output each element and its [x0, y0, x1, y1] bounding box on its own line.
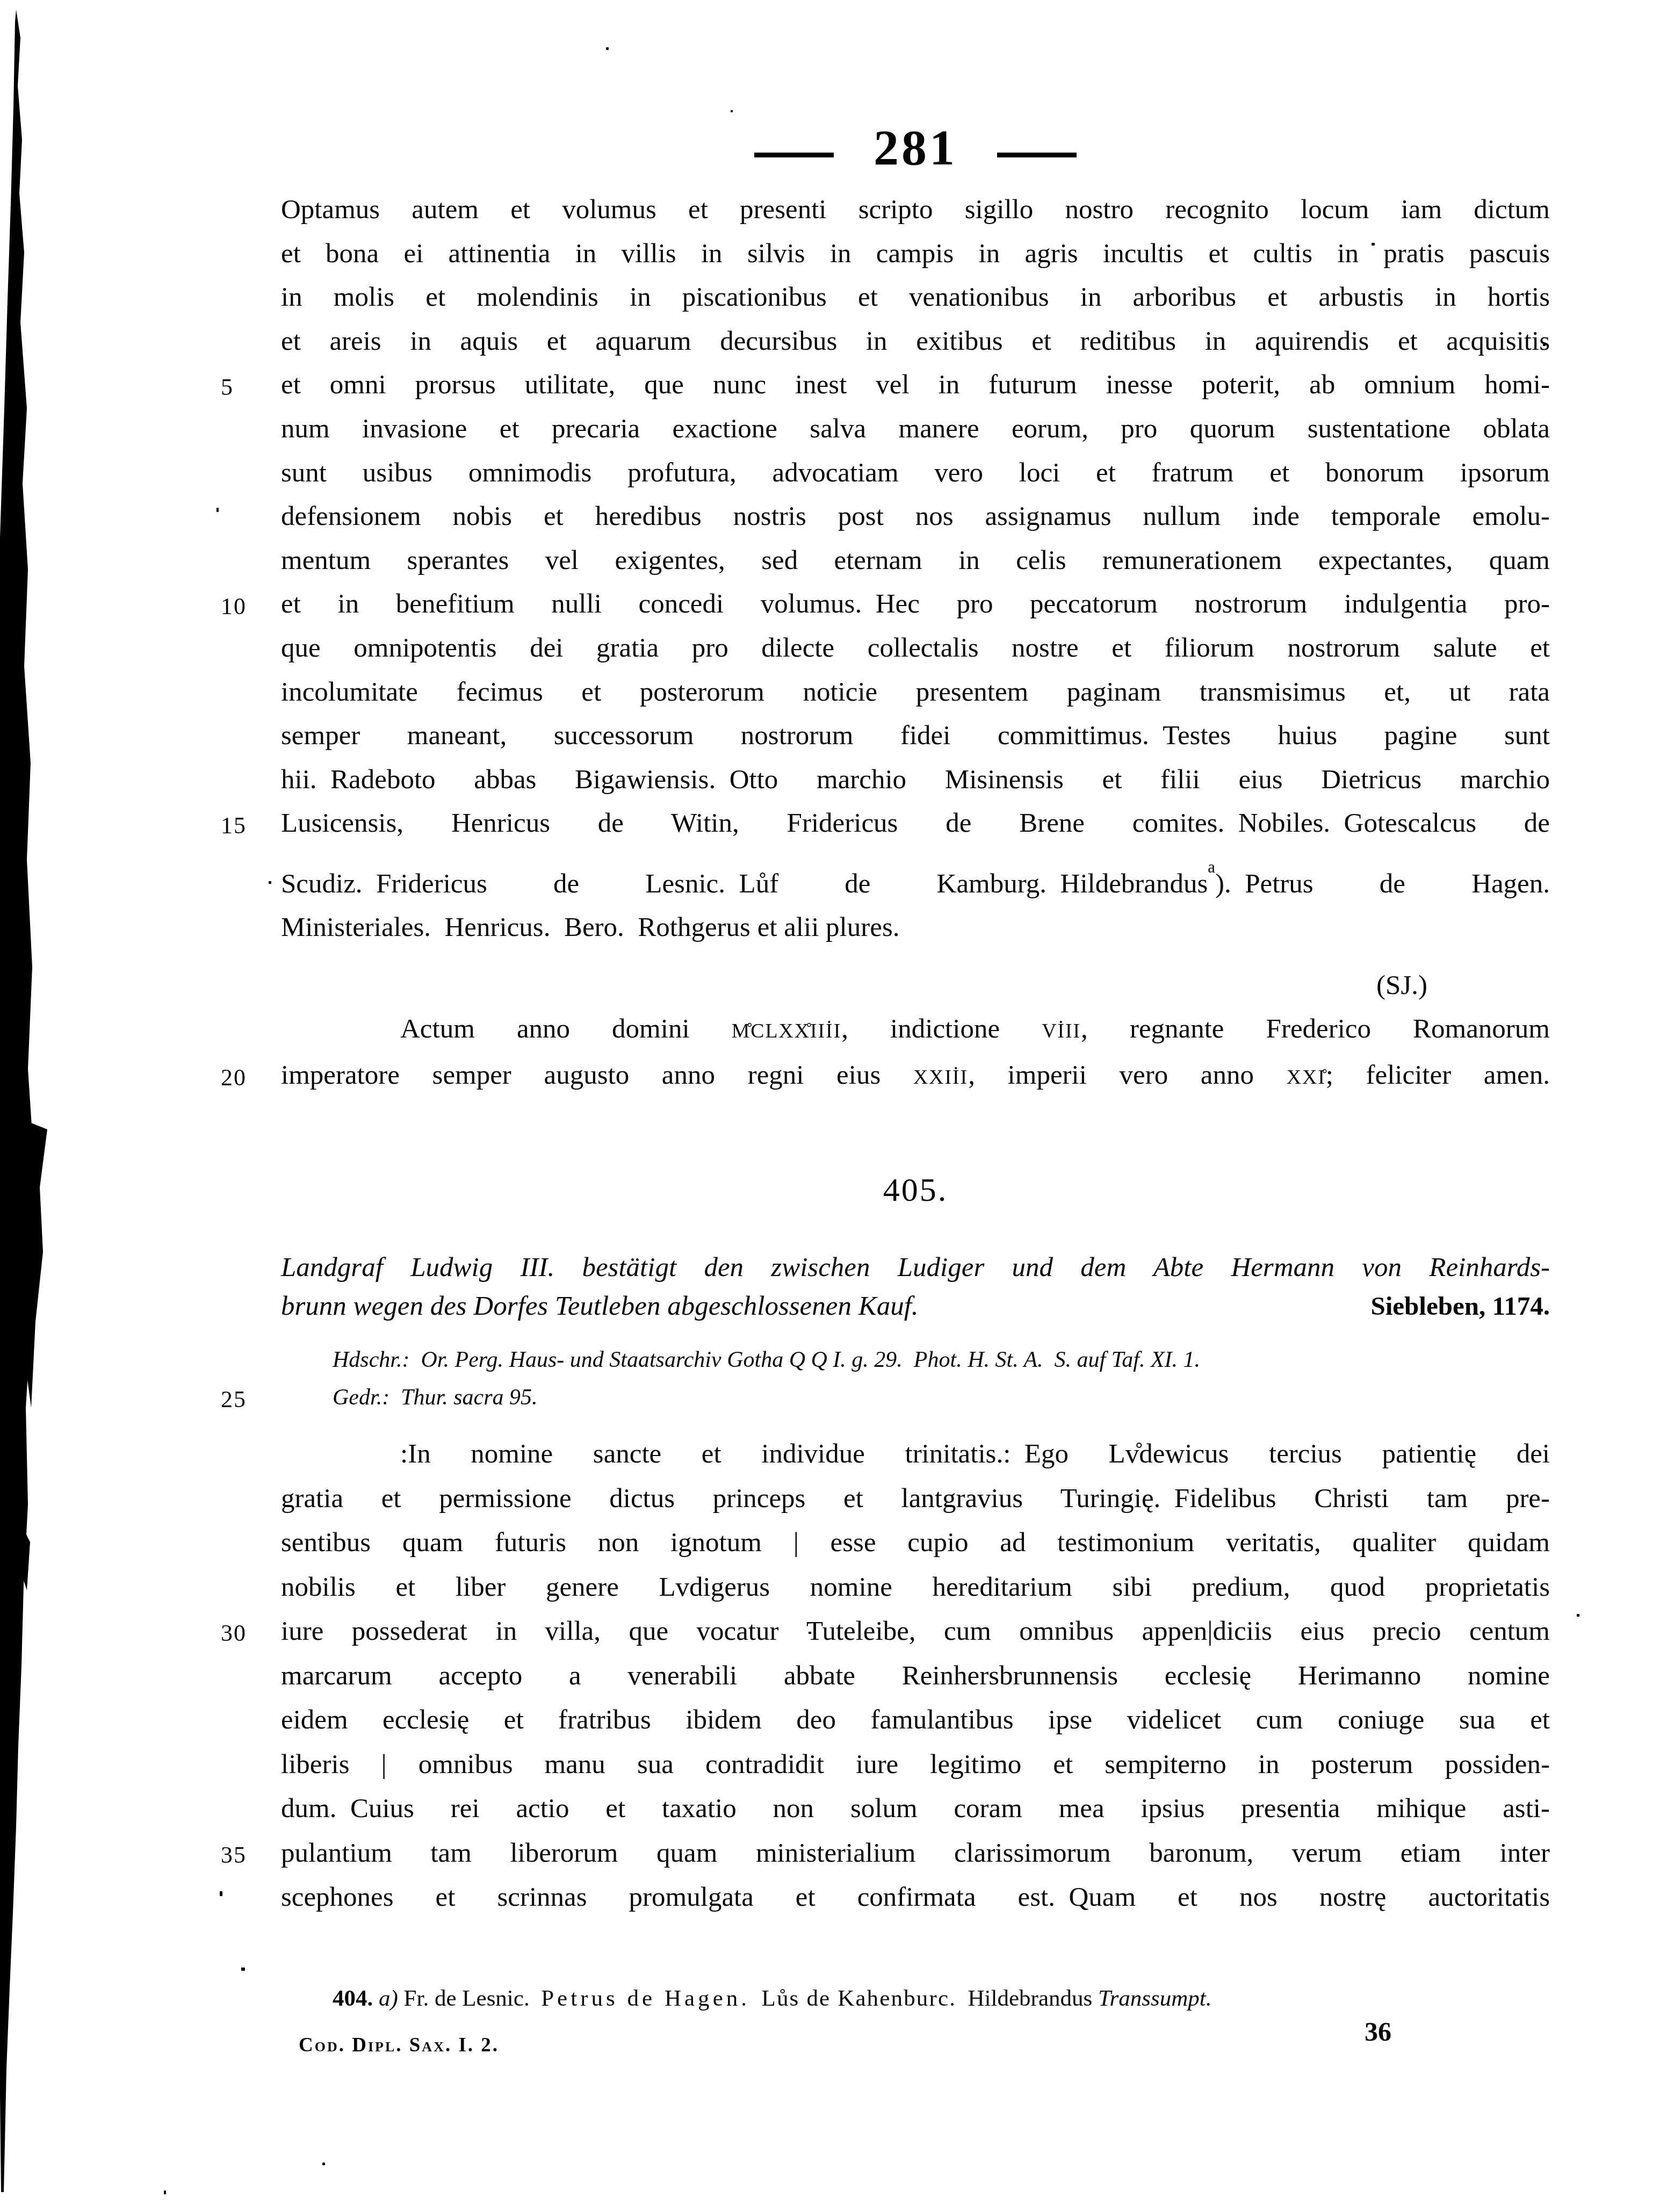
- text-line: nobilis et liber genere Lvdigerus nomine…: [281, 1565, 1550, 1610]
- line-text: iure possederat in villa, que vocatur Tu…: [281, 1616, 1550, 1646]
- line-text: et omni prorsus utilitate, que nunc ines…: [281, 370, 1550, 400]
- line-number: 30: [221, 1611, 272, 1656]
- line-number: 15: [221, 804, 272, 848]
- charter-404-text: Optamus autem et volumus et presenti scr…: [281, 188, 1550, 1100]
- text-line: 20 imperatore semper augusto anno regni …: [281, 1054, 1550, 1100]
- line-text: liberis | omnibus manu sua contradidit i…: [281, 1749, 1550, 1779]
- text-line: Actum anno domini M̊CLXX̊IIİI, indiction…: [281, 1007, 1550, 1054]
- ink-speck: [220, 1891, 222, 1896]
- text-line: semper maneant, successorum nostrorum fi…: [281, 714, 1550, 758]
- reference-text: Hdschr.: Or. Perg. Haus- und Staatsarchi…: [333, 1348, 1200, 1372]
- summary-line-1: Landgraf Ludwig III. bestätigt den zwisc…: [281, 1252, 1550, 1283]
- reference-line: Hdschr.: Or. Perg. Haus- und Staatsarchi…: [281, 1341, 1550, 1379]
- text-line: incolumitate fecimus et posterorum notic…: [281, 671, 1550, 715]
- ink-speck: [269, 881, 271, 884]
- apparatus-footnote: 404. a) Fr. de Lesnic. Petrus de Hagen. …: [281, 1983, 1550, 2015]
- text-line: Ministeriales. Henricus. Bero. Rothgerus…: [281, 906, 1550, 950]
- line-text: Optamus autem et volumus et presenti scr…: [281, 194, 1550, 225]
- line-text: que omnipotentis dei gratia pro dilecte …: [281, 633, 1550, 663]
- ink-speck: [1577, 1614, 1579, 1617]
- text-line: et areis in aquis et aquarum decursibus …: [281, 320, 1550, 364]
- line-number: 25: [221, 1381, 272, 1418]
- line-number: 5: [221, 365, 272, 409]
- footnote-line: 404. a) Fr. de Lesnic. Petrus de Hagen. …: [281, 1983, 1550, 2015]
- source-references: Hdschr.: Or. Perg. Haus- und Staatsarchi…: [281, 1341, 1550, 1416]
- text-line: sunt usibus omnimodis profutura, advocat…: [281, 451, 1550, 495]
- text-line: liberis | omnibus manu sua contradidit i…: [281, 1742, 1550, 1787]
- text-line: :In nomine sancte et individue trinitati…: [281, 1432, 1550, 1476]
- line-number: 35: [221, 1833, 272, 1878]
- line-text: gratia et permissione dictus princeps et…: [281, 1483, 1550, 1514]
- line-text: dum. Cuius rei actio et taxatio non solu…: [281, 1793, 1550, 1824]
- volume-signature: Cod. Dipl. Sax. I. 2.: [299, 2034, 499, 2057]
- sheet-number: 36: [1365, 2016, 1391, 2047]
- text-line: 35 pulantium tam liberorum quam minister…: [281, 1831, 1550, 1876]
- line-text: defensionem nobis et heredibus nostris p…: [281, 501, 1550, 531]
- summary-line-2-text: brunn wegen des Dorfes Teutleben abgesch…: [281, 1291, 919, 1322]
- line-text: Actum anno domini M̊CLXX̊IIİI, indiction…: [400, 1014, 1550, 1044]
- reference-text: Gedr.: Thur. sacra 95.: [333, 1385, 538, 1410]
- text-line: Optamus autem et volumus et presenti scr…: [281, 188, 1550, 232]
- line-text: Ministeriales. Henricus. Bero. Rothgerus…: [281, 912, 900, 942]
- line-text: (SJ.): [1376, 970, 1427, 1000]
- text-line: in molis et molendinis in piscationibus …: [281, 276, 1550, 320]
- line-text: imperatore semper augusto anno regni eiu…: [281, 1060, 1550, 1090]
- line-text: Scudiz. Fridericus de Lesnic. Lůf de Kam…: [281, 869, 1550, 899]
- summary-line-2: brunn wegen des Dorfes Teutleben abgesch…: [281, 1291, 1550, 1322]
- line-text: et areis in aquis et aquarum decursibus …: [281, 326, 1550, 356]
- line-text: sentibus quam futuris non ignotum | esse…: [281, 1527, 1550, 1558]
- ink-speck: [241, 1968, 245, 1971]
- line-text: et bona ei attinentia in villis in silvi…: [281, 239, 1550, 269]
- text-line: (SJ.): [281, 964, 1550, 1008]
- line-text: incolumitate fecimus et posterorum notic…: [281, 677, 1550, 707]
- line-text: sunt usibus omnimodis profutura, advocat…: [281, 458, 1550, 488]
- text-line: eidem ecclesię et fratribus ibidem deo f…: [281, 1698, 1550, 1742]
- line-text: :In nomine sancte et individue trinitati…: [400, 1439, 1550, 1469]
- place-date: Siebleben, 1174.: [1370, 1291, 1550, 1321]
- running-head: 281: [281, 123, 1550, 173]
- section-heading: 405.: [281, 1171, 1550, 1209]
- line-text: nobilis et liber genere Lvdigerus nomine…: [281, 1572, 1550, 1602]
- scan-binding-artifact: [0, 0, 54, 2212]
- text-line: dum. Cuius rei actio et taxatio non solu…: [281, 1786, 1550, 1831]
- line-text: in molis et molendinis in piscationibus …: [281, 282, 1550, 312]
- page-number: 281: [874, 123, 957, 173]
- text-line: gratia et permissione dictus princeps et…: [281, 1476, 1550, 1521]
- text-line: sentibus quam futuris non ignotum | esse…: [281, 1521, 1550, 1565]
- text-line: Scudiz. Fridericus de Lesnic. Lůf de Kam…: [281, 846, 1550, 906]
- text-line: mentum sperantes vel exigentes, sed eter…: [281, 539, 1550, 583]
- line-text: semper maneant, successorum nostrorum fi…: [281, 720, 1550, 751]
- reference-line: 25 Gedr.: Thur. sacra 95.: [281, 1379, 1550, 1416]
- scanned-book-page: 281 Optamus autem et volumus et presenti…: [0, 0, 1667, 2212]
- line-text: scephones et scrinnas promulgata et conf…: [281, 1882, 1550, 1912]
- line-text: hii. Radeboto abbas Bigawiensis. Otto ma…: [281, 765, 1550, 795]
- footnote-text: 404. a) Fr. de Lesnic. Petrus de Hagen. …: [333, 1986, 1211, 2011]
- line-text: num invasione et precaria exactione salv…: [281, 414, 1550, 444]
- line-text: Lusicensis, Henricus de Witin, Fridericu…: [281, 808, 1550, 838]
- text-line: hii. Radeboto abbas Bigawiensis. Otto ma…: [281, 758, 1550, 802]
- ink-speck: [164, 2191, 166, 2194]
- line-text: et in benefitium nulli concedi volumus. …: [281, 589, 1550, 619]
- text-line: defensionem nobis et heredibus nostris p…: [281, 495, 1550, 539]
- line-text: marcarum accepto a venerabili abbate Rei…: [281, 1661, 1550, 1691]
- line-text: mentum sperantes vel exigentes, sed eter…: [281, 545, 1550, 575]
- line-number: 10: [221, 585, 272, 629]
- line-number: 20: [221, 1056, 272, 1100]
- ink-speck: [731, 110, 733, 112]
- charter-405-text: :In nomine sancte et individue trinitati…: [281, 1432, 1550, 1920]
- ink-speck: [217, 508, 219, 512]
- text-line: marcarum accepto a venerabili abbate Rei…: [281, 1654, 1550, 1698]
- text-line: et bona ei attinentia in villis in silvi…: [281, 232, 1550, 276]
- text-line: 10 et in benefitium nulli concedi volumu…: [281, 582, 1550, 626]
- text-line: que omnipotentis dei gratia pro dilecte …: [281, 626, 1550, 671]
- text-line: 5 et omni prorsus utilitate, que nunc in…: [281, 363, 1550, 407]
- ink-speck: [322, 2163, 325, 2165]
- text-line: num invasione et precaria exactione salv…: [281, 407, 1550, 451]
- header-rule-left: [754, 153, 834, 157]
- line-text: pulantium tam liberorum quam ministerial…: [281, 1838, 1550, 1868]
- text-line: 30 iure possederat in villa, que vocatur…: [281, 1609, 1550, 1654]
- ink-speck: [606, 47, 609, 50]
- text-line: scephones et scrinnas promulgata et conf…: [281, 1875, 1550, 1920]
- line-text: eidem ecclesię et fratribus ibidem deo f…: [281, 1705, 1550, 1735]
- header-rule-right: [997, 153, 1077, 157]
- text-line: 15 Lusicensis, Henricus de Witin, Frider…: [281, 802, 1550, 846]
